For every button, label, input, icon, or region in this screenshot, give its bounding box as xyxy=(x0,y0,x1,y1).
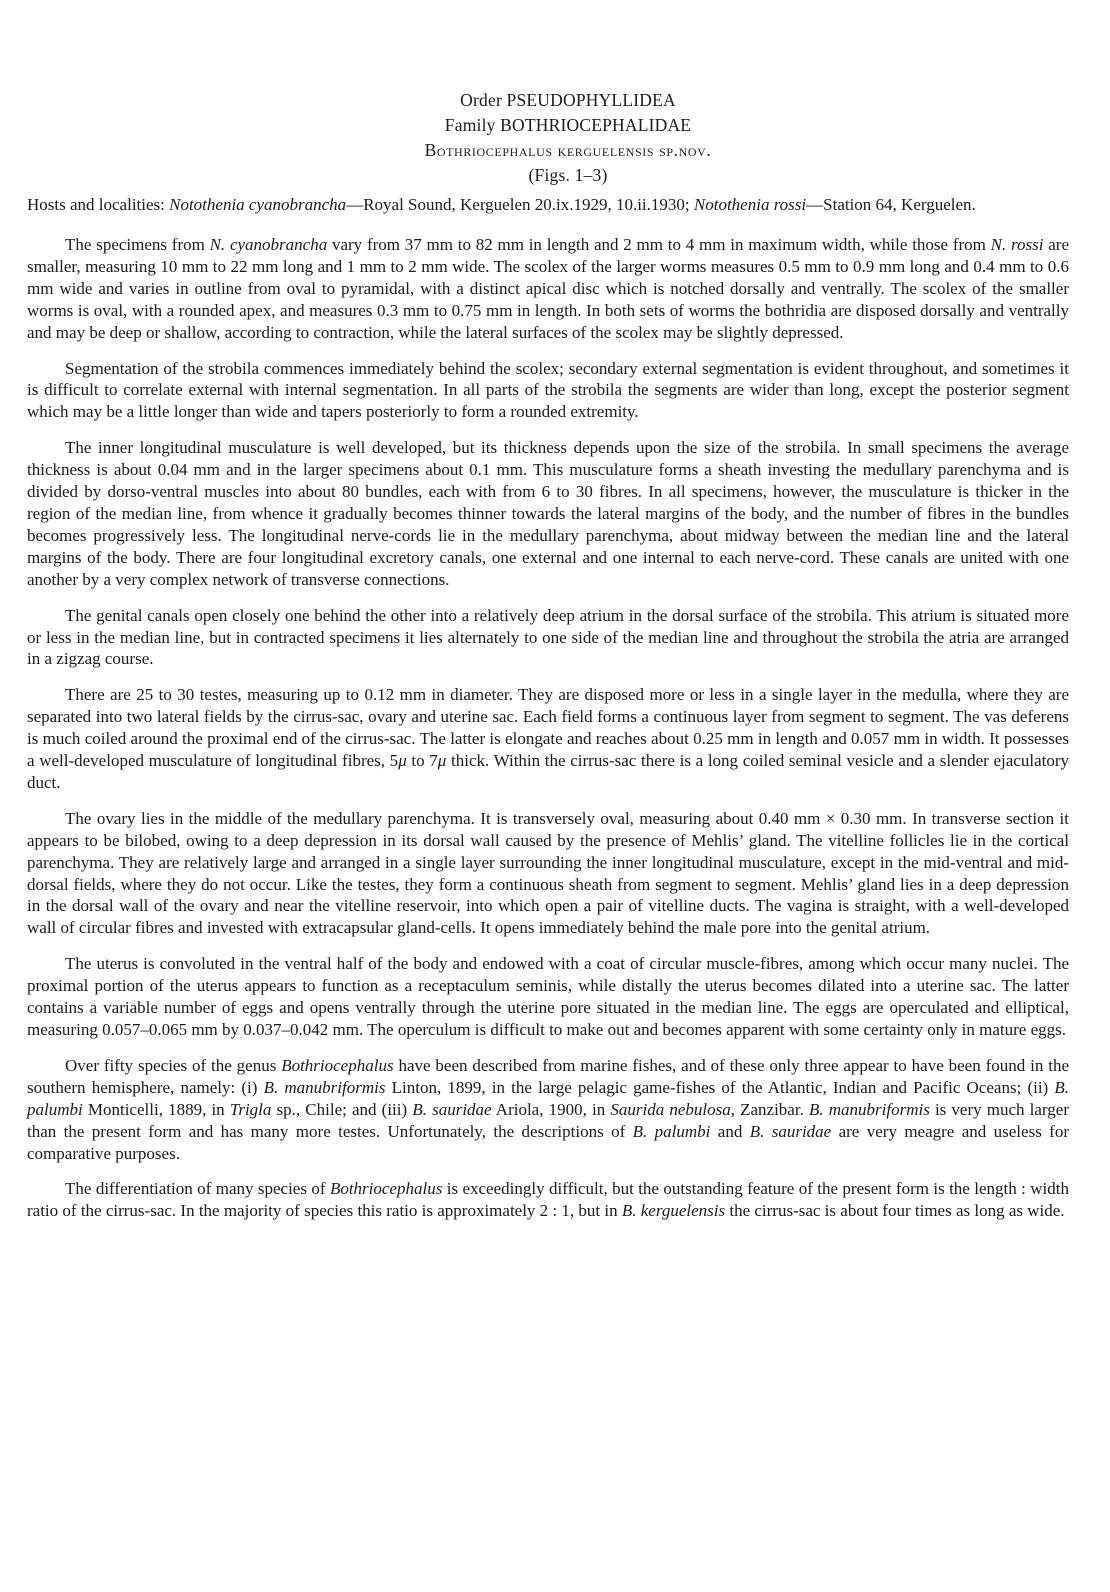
species-heading: Bothriocephalus kerguelensis sp.nov. xyxy=(67,138,1069,163)
order-heading: Order PSEUDOPHYLLIDEA xyxy=(67,88,1069,113)
italic-term: Bothriocephalus xyxy=(330,1179,442,1198)
paragraph-testes: There are 25 to 30 testes, measuring up … xyxy=(27,684,1069,794)
italic-term: B. manubriformis xyxy=(809,1100,930,1119)
paragraph-ovary: The ovary lies in the middle of the medu… xyxy=(27,808,1069,939)
section-heading: Order PSEUDOPHYLLIDEA Family BOTHRIOCEPH… xyxy=(67,88,1069,188)
italic-term: Saurida nebulosa xyxy=(610,1100,730,1119)
hosts-and-localities: Hosts and localities: Notothenia cyanobr… xyxy=(27,194,1069,215)
paragraph-genital-canals: The genital canals open closely one behi… xyxy=(27,605,1069,671)
italic-term: μ xyxy=(398,751,407,770)
text-run: —Station 64, Kerguelen. xyxy=(806,195,976,214)
text-run: The differentiation of many species of xyxy=(65,1179,330,1198)
paragraph-musculature: The inner longitudinal musculature is we… xyxy=(27,437,1069,590)
text-run: The inner longitudinal musculature is we… xyxy=(27,438,1069,588)
family-heading: Family BOTHRIOCEPHALIDAE xyxy=(67,113,1069,138)
text-run: The uterus is convoluted in the ventral … xyxy=(27,954,1069,1039)
text-run: vary from 37 mm to 82 mm in length and 2… xyxy=(327,235,990,254)
italic-term: B. palumbi xyxy=(633,1122,711,1141)
italic-term: B. sauridae xyxy=(412,1100,491,1119)
text-run: sp., Chile; and (iii) xyxy=(271,1100,412,1119)
paragraph-species-comparison: Over fifty species of the genus Bothrioc… xyxy=(27,1055,1069,1165)
document-page: Order PSEUDOPHYLLIDEA Family BOTHRIOCEPH… xyxy=(27,88,1069,1222)
italic-term: B. kerguelensis xyxy=(622,1201,725,1220)
text-run: Segmentation of the strobila commences i… xyxy=(27,359,1069,422)
text-run: to 7 xyxy=(407,751,438,770)
text-run: Linton, 1899, in the large pelagic game-… xyxy=(385,1078,1054,1097)
paragraph-uterus: The uterus is convoluted in the ventral … xyxy=(27,953,1069,1041)
text-run: Ariola, 1900, in xyxy=(492,1100,611,1119)
text-run: The specimens from xyxy=(65,235,210,254)
paragraph-segmentation: Segmentation of the strobila commences i… xyxy=(27,358,1069,424)
italic-term: N. cyanobrancha xyxy=(210,235,328,254)
text-run: , Zanzibar. xyxy=(731,1100,809,1119)
text-run: Monticelli, 1889, in xyxy=(83,1100,230,1119)
paragraph-differentiation: The differentiation of many species of B… xyxy=(27,1178,1069,1222)
text-run: —Royal Sound, Kerguelen 20.ix.1929, 10.i… xyxy=(346,195,694,214)
italic-term: B. sauridae xyxy=(750,1122,832,1141)
text-run: the cirrus-sac is about four times as lo… xyxy=(725,1201,1064,1220)
text-run: and xyxy=(710,1122,749,1141)
italic-term: Notothenia cyanobrancha xyxy=(169,195,346,214)
italic-term: Bothriocephalus xyxy=(281,1056,393,1075)
italic-term: Notothenia rossi xyxy=(694,195,806,214)
text-run: Over fifty species of the genus xyxy=(65,1056,281,1075)
italic-term: N. rossi xyxy=(991,235,1044,254)
text-run: Hosts and localities: xyxy=(27,195,169,214)
figures-reference: (Figs. 1–3) xyxy=(67,163,1069,188)
text-run: The ovary lies in the middle of the medu… xyxy=(27,809,1069,938)
paragraph-specimen-dimensions: The specimens from N. cyanobrancha vary … xyxy=(27,234,1069,344)
italic-term: Trigla xyxy=(230,1100,272,1119)
text-run: The genital canals open closely one behi… xyxy=(27,606,1069,669)
italic-term: B. manubriformis xyxy=(264,1078,386,1097)
